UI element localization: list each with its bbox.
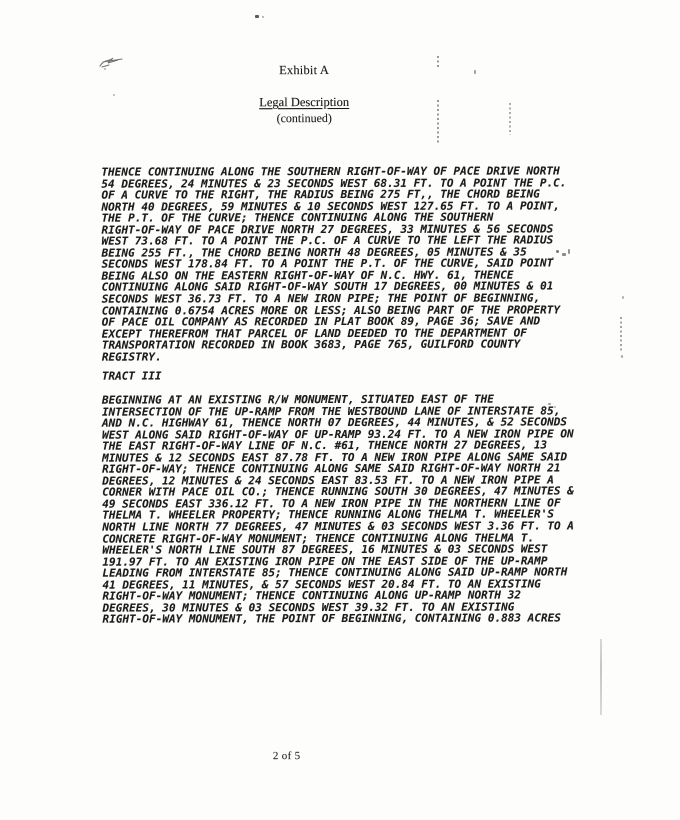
pen-squiggle-mark — [94, 50, 130, 74]
scan-smudge — [556, 250, 559, 253]
scan-speck — [113, 94, 115, 96]
scan-speck — [255, 15, 259, 18]
scan-smudge — [554, 406, 556, 408]
scan-speck — [622, 296, 624, 299]
scan-smudge — [568, 249, 570, 254]
scan-smudge — [548, 403, 551, 405]
document-header: Exhibit A Legal Description (continued) — [94, 63, 514, 127]
scan-artifact-dash — [437, 56, 439, 68]
scan-speck — [474, 70, 476, 74]
page-number: 2 of 5 — [273, 750, 301, 762]
scan-speck — [621, 355, 623, 358]
scan-artifact-line — [600, 639, 602, 715]
document-title: Legal Description — [94, 95, 514, 111]
document-subtitle: (continued) — [94, 111, 514, 127]
legal-description-paragraph-2: BEGINNING AT AN EXISTING R/W MONUMENT, S… — [102, 393, 574, 625]
scan-smudge — [562, 253, 566, 256]
scan-speck — [262, 16, 264, 18]
scan-artifact-dash — [509, 103, 511, 135]
scan-smudge — [552, 257, 554, 259]
scan-artifact-dash — [437, 100, 439, 144]
scan-artifact-dash — [620, 317, 622, 351]
exhibit-title: Exhibit A — [94, 63, 514, 79]
tract-iii-heading: TRACT III — [102, 369, 162, 382]
legal-description-paragraph-1: THENCE CONTINUING ALONG THE SOUTHERN RIG… — [101, 165, 566, 363]
scanned-content: Exhibit A Legal Description (continued) … — [0, 0, 680, 820]
document-page: Exhibit A Legal Description (continued) … — [0, 0, 680, 820]
